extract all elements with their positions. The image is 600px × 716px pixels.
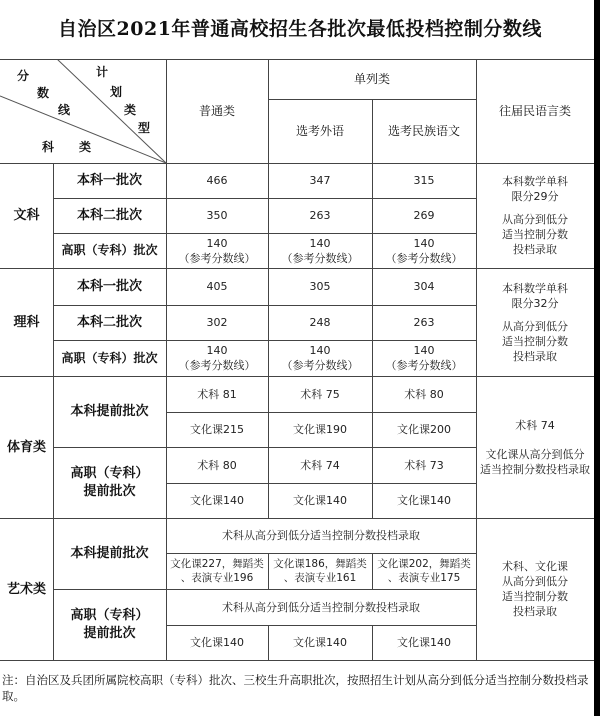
score-cell: 263 — [268, 198, 372, 233]
grid-line — [166, 553, 476, 554]
grid-line — [53, 198, 476, 199]
score-value: 140 — [414, 343, 435, 358]
score-cell: 302 — [166, 305, 268, 340]
score-value: 140 — [310, 236, 331, 251]
grid-line — [372, 553, 373, 589]
batch-label-line: 提前批次 — [83, 625, 135, 643]
category-tiyu: 体育类 — [0, 376, 53, 518]
grid-line — [166, 483, 476, 484]
grid-line — [166, 59, 167, 660]
score-cell: 文化课140 — [166, 625, 268, 660]
wangjie-cell-wenke: 本科数学单科 限分29分 从高分到低分 适当控制分数 投档录取 — [476, 163, 594, 268]
merged-score-cell: 术科从高分到低分适当控制分数投档录取 — [166, 589, 476, 625]
wangjie-text: 从高分到低分 — [502, 319, 568, 334]
score-value: 、表演专业175 — [388, 571, 461, 585]
score-note: （参考分数线） — [282, 251, 359, 266]
wangjie-text: 术科 74 — [515, 418, 555, 433]
score-cell: 305 — [268, 268, 372, 305]
score-note: （参考分数线） — [179, 358, 256, 373]
batch-label-line: 高职（专科） — [70, 607, 148, 625]
wangjie-cell-tiyu: 术科 74 文化课从高分到低分 适当控制分数投档录取 — [476, 376, 594, 518]
score-cell: 术科 80 — [166, 447, 268, 483]
wangjie-text: 投档录取 — [513, 242, 557, 257]
grid-line — [372, 99, 373, 518]
score-cell: 315 — [372, 163, 476, 198]
grid-line — [268, 59, 269, 518]
grid-line — [0, 268, 594, 269]
score-value: 文化课202，舞蹈类 — [377, 557, 471, 571]
score-cell: 140 （参考分数线） — [268, 340, 372, 376]
batch-label: 本科一批次 — [53, 163, 166, 198]
grid-line — [53, 163, 54, 660]
batch-label: 高职（专科）批次 — [53, 340, 166, 376]
category-wenke: 文科 — [0, 163, 53, 268]
grid-line — [53, 233, 476, 234]
score-value: 、表演专业196 — [181, 571, 254, 585]
score-cell: 263 — [372, 305, 476, 340]
score-note: （参考分数线） — [386, 251, 463, 266]
score-value: 文化课227，舞蹈类 — [170, 557, 264, 571]
wangjie-text: 文化课从高分到低分 — [486, 447, 585, 462]
wangjie-text: 本科数学单科 — [502, 174, 568, 189]
score-cell: 140 （参考分数线） — [166, 340, 268, 376]
wangjie-text: 术科、文化课 — [502, 559, 568, 574]
right-edge-bar — [594, 0, 600, 716]
grid-line — [53, 340, 476, 341]
batch-label: 本科二批次 — [53, 198, 166, 233]
header-minzu: 选考民族语文 — [372, 99, 476, 163]
wangjie-text: 本科数学单科 — [502, 281, 568, 296]
wangjie-text: 适当控制分数 — [502, 227, 568, 242]
wangjie-cell-yishu: 术科、文化课 从高分到低分 适当控制分数 投档录取 — [476, 518, 594, 660]
score-value: 140 — [207, 236, 228, 251]
score-cell: 140 （参考分数线） — [372, 233, 476, 268]
score-cell: 文化课140 — [268, 625, 372, 660]
diag-label-hua: 划 — [110, 83, 122, 100]
wangjie-text: 从高分到低分 — [502, 212, 568, 227]
score-cell: 347 — [268, 163, 372, 198]
grid-line — [0, 376, 594, 377]
diag-label-xing: 型 — [138, 119, 150, 136]
score-cell: 文化课200 — [372, 412, 476, 447]
grid-line — [0, 518, 594, 519]
score-cell: 140 （参考分数线） — [268, 233, 372, 268]
score-cell: 术科 81 — [166, 376, 268, 412]
header-waiyu: 选考外语 — [268, 99, 372, 163]
score-cell: 术科 74 — [268, 447, 372, 483]
grid-line — [268, 625, 269, 660]
score-cell: 文化课140 — [268, 483, 372, 518]
diag-label-lei: 类 — [124, 101, 136, 118]
score-cell: 140 （参考分数线） — [372, 340, 476, 376]
score-note: （参考分数线） — [179, 251, 256, 266]
batch-label: 高职（专科） 提前批次 — [53, 589, 166, 660]
score-cell: 文化课190 — [268, 412, 372, 447]
diag-label-ji: 计 — [96, 63, 108, 80]
wangjie-text: 限分32分 — [512, 296, 559, 311]
category-yishu: 艺术类 — [0, 518, 53, 660]
page-title: 自治区2021年普通高校招生各批次最低投档控制分数线 — [0, 14, 600, 41]
wangjie-text: 投档录取 — [513, 604, 557, 619]
score-value: 140 — [207, 343, 228, 358]
score-cell: 文化课215 — [166, 412, 268, 447]
header-danlie: 单列类 — [268, 59, 476, 99]
diag-label-lei2: 类 — [79, 138, 91, 155]
batch-label: 本科提前批次 — [53, 376, 166, 447]
batch-label-line: 高职（专科） — [70, 465, 148, 483]
score-cell: 术科 75 — [268, 376, 372, 412]
grid-line — [53, 589, 476, 590]
batch-label-line: 提前批次 — [83, 483, 135, 501]
table-border-top — [0, 59, 594, 60]
header-wangjie: 往届民语言类 — [476, 59, 594, 163]
header-putong: 普通类 — [166, 59, 268, 163]
wangjie-cell-like: 本科数学单科 限分32分 从高分到低分 适当控制分数 投档录取 — [476, 268, 594, 376]
wangjie-text: 适当控制分数 — [502, 334, 568, 349]
score-cell: 文化课227，舞蹈类 、表演专业196 — [166, 553, 268, 589]
score-cell: 140 （参考分数线） — [166, 233, 268, 268]
score-value: 文化课186，舞蹈类 — [273, 557, 367, 571]
diag-label-ke: 科 — [42, 138, 54, 155]
score-cell: 248 — [268, 305, 372, 340]
score-cell: 文化课140 — [166, 483, 268, 518]
grid-line — [53, 447, 476, 448]
grid-line — [268, 553, 269, 589]
score-cell: 文化课202，舞蹈类 、表演专业175 — [372, 553, 476, 589]
category-like: 理科 — [0, 268, 53, 376]
score-cell: 466 — [166, 163, 268, 198]
grid-line — [53, 305, 476, 306]
diag-label-shu: 数 — [37, 84, 49, 101]
grid-line — [166, 412, 476, 413]
score-cell: 文化课140 — [372, 625, 476, 660]
merged-score-cell: 术科从高分到低分适当控制分数投档录取 — [166, 518, 476, 553]
score-note: （参考分数线） — [282, 358, 359, 373]
table-border-bottom — [0, 660, 594, 661]
batch-label: 本科一批次 — [53, 268, 166, 305]
score-value: 140 — [310, 343, 331, 358]
grid-line — [372, 625, 373, 660]
footnote: 注：自治区及兵团所属院校高职（专科）批次、三校生升高职批次，按照招生计划从高分到… — [2, 672, 592, 704]
score-cell: 术科 73 — [372, 447, 476, 483]
score-table: 分 数 线 计 划 类 型 科 类 普通类 单列类 选考外语 选考民族语文 往届… — [0, 59, 594, 660]
wangjie-text: 适当控制分数 — [502, 589, 568, 604]
grid-line — [0, 163, 594, 164]
batch-label: 本科提前批次 — [53, 518, 166, 589]
score-cell: 350 — [166, 198, 268, 233]
grid-line — [166, 625, 476, 626]
score-value: 、表演专业161 — [284, 571, 357, 585]
wangjie-text: 适当控制分数投档录取 — [480, 462, 590, 477]
score-cell: 术科 80 — [372, 376, 476, 412]
diag-label-xian: 线 — [58, 101, 70, 118]
wangjie-text: 限分29分 — [512, 189, 559, 204]
score-cell: 文化课186，舞蹈类 、表演专业161 — [268, 553, 372, 589]
score-value: 140 — [414, 236, 435, 251]
score-note: （参考分数线） — [386, 358, 463, 373]
wangjie-text: 投档录取 — [513, 349, 557, 364]
batch-label: 高职（专科）批次 — [53, 233, 166, 268]
grid-line — [476, 59, 477, 660]
wangjie-text: 从高分到低分 — [502, 574, 568, 589]
score-cell: 405 — [166, 268, 268, 305]
batch-label: 高职（专科） 提前批次 — [53, 447, 166, 518]
score-cell: 304 — [372, 268, 476, 305]
batch-label: 本科二批次 — [53, 305, 166, 340]
score-cell: 文化课140 — [372, 483, 476, 518]
diag-label-fen: 分 — [17, 67, 29, 84]
score-cell: 269 — [372, 198, 476, 233]
